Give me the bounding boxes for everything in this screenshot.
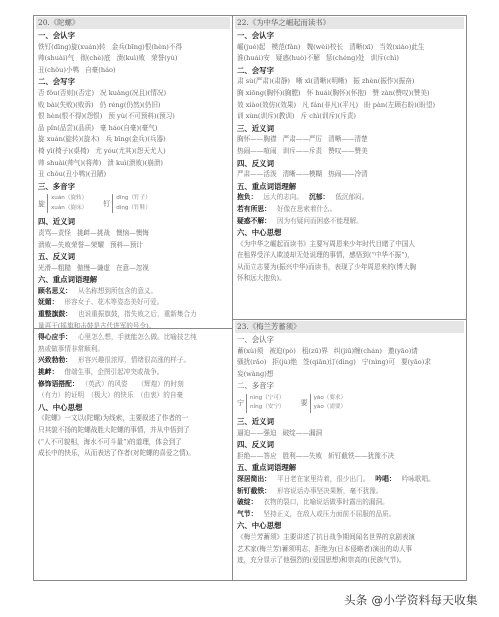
worksheet-page: 20.《陀螺》 一、会认字 铁钉(dīng)旋(xuán)转金兵(bīng)恨(… [33,15,467,581]
section-heading: 四、反义词 [237,158,462,170]
term-line: 深居简出：平日老在家里待着，很少出门。吟唱：吟咏歌唱。 [237,474,462,486]
text-line: 严肃——活泼清晰——模糊热闹——冷清 [237,169,462,181]
section-heading: 四、近义词 [38,216,228,228]
polyphone-group: 宁 nìng（宁可）níng（安宁） [237,394,285,413]
term-line: 修饰语搭配：（英武）的风姿 （辉煌）的时刻 [38,379,228,391]
section-heading: 五、重点词语理解 [237,181,462,193]
term-line: 妩媚：形容女子、花木等姿态美好可爱。 [38,297,228,309]
lesson-20-panel: 20.《陀螺》 一、会认字 铁钉(dīng)旋(xuán)转金兵(bīng)恨(… [34,16,232,329]
summary-line: 艺术家(梅兰芳)蓄须明志，拒绝为(日本侵略者)演出的动人事 [237,544,462,556]
term-line: 兴致勃勃：形容兴趣很浓厚，情绪很高涨的样子。 [38,355,228,367]
term-line: 气节：坚持正义，在敌人或压力面前不屈服的品质。 [237,509,462,521]
text-line: 胸 xiōng(胸怀)(胸膛)怀 huái(胸怀)(怀抱)赞 zàn(赞叹)(赞… [237,88,462,100]
section-heading: 一、会认字 [237,30,462,42]
section-heading: 二、会写字 [38,76,228,88]
text-line: 蓄(xù)须被迫(pò)租(zū)界纠(jiū)缠(chán)邀(yāo)请 [237,346,462,358]
summary-line: 成长中的快乐，从而表达了作者(对陀螺的喜爱之情)。 [38,448,228,460]
text-line: 帅 shuài(帅气)(将帅)溃 kuì(溃败)(崩溃) [38,158,228,170]
text-line: 品 pǐn(品尝)(品质)豪 háo(自豪)(豪气) [38,123,228,135]
section-heading: 二、多音字 [237,380,462,392]
text-line: 光滑—粗糙傲慢—谦虚在意—忽视 [38,263,228,275]
text-line: 骚扰(rǎo)拒(jù)绝签(qiān)订(dìng)宁(nìng)可要(yāo… [237,357,462,369]
text-line: 胸怀——胸襟严肃——严厉清晰——清楚 [237,134,462,146]
section-heading: 六、中心思想 [237,520,462,532]
section-heading: 一、会认字 [38,30,228,42]
summary-line: 怀和远大抱负)。 [237,273,462,285]
lesson-title: 22.《为中华之崛起而读书》 [235,17,464,29]
summary-line: 只其貌不扬的陀螺战胜大陀螺的事情，并从中悟到了 [38,425,228,437]
text-line: 训 xùn(训斥)(教训)斥 chì(训斥)(斥责) [237,111,462,123]
text-line: 溃败—失败荣誉—荣耀预料—预计 [38,240,228,252]
text-line: 妄(wàng)想 [237,369,462,381]
brace-readings: yāo（要求）yào（需要） [310,394,347,413]
text-line: 责骂—责怪挑衅—挑战懊恼—懊悔 [38,228,228,240]
term-line: 破绽：衣物的裂口，比喻说话做事时露出的漏洞。 [237,497,462,509]
text-line: 败 bài(失败)(败诉)仍 réng(仍然)(仍旧) [38,100,228,112]
section-heading: 五、重点词语理解 [237,462,462,474]
text-line: 崛(jué)起模范(fàn)魏(wèi)校长清晰(xī)当效(xiào)此生 [237,42,462,54]
text-line: 逼迫——强迫破绽——漏洞 [237,428,462,440]
polyphone-block: 宁 nìng（宁可）níng（安宁） 要 yāo（要求）yào（需要） [237,394,462,413]
watermark-text: 头条 @小学资料每天收集 [344,592,478,608]
summary-line: (“人不可貌相，海水不可斗量”)的道理，体会到了 [38,437,228,449]
section-heading: 一、会认字 [237,334,462,346]
brace-readings: xuán（旋转）xuàn（旋床） [47,194,87,213]
polyphone-char: 宁 [237,398,244,408]
lesson-title: 20.《陀螺》 [36,17,230,29]
term-line: 顾名思义：从名称想到所包含的意义。 [38,286,228,298]
term-line: 斩钉截铁：形容说话办事坚决果断，毫不犹豫。 [237,486,462,498]
text-line: 否 fǒu(否则)(否定)况 kuàng(况且)(情况) [38,88,228,100]
text-line: 量再干(摇旗和击鼓是古代进军的号令)。 [38,321,228,333]
polyphone-char: 要 [301,398,308,408]
lesson-23-panel: 23.《梅兰芳蓄须》 一、会认字 蓄(xù)须被迫(pò)租(zū)界纠(jiū… [233,320,466,569]
section-heading: 五、反义词 [38,251,228,263]
brace-readings: nìng（宁可）níng（安宁） [246,394,285,413]
term-line: 得心应手：心里怎么想，手就能怎么做。比喻技艺纯 [38,332,228,344]
polyphone-block: 旋 xuán（旋转）xuàn（旋床） 钉 dīng（钉子）dìng（钉鞋） [38,194,228,213]
text-line: 拒绝——答应胜利——失败斩钉截铁——犹豫不决 [237,451,462,463]
polyphone-char: 旋 [38,199,45,209]
term-line: 抱负：远大的志向。沉郁：低沉郁闷。 [237,192,462,204]
lesson-title: 23.《梅兰芳蓄须》 [235,321,464,333]
section-heading: 六、中心思想 [237,227,462,239]
summary-line: 在租界受洋人欺凌却无处说理的事情，感悟到(“中华不振”)， [237,250,462,262]
section-heading: 八、中心思想 [38,402,228,414]
text-line: 热闹——喧闹训斥——斥责赞叹——赞美 [237,146,462,158]
section-heading: 三、近义词 [237,123,462,135]
summary-line: 从而立志要为(振兴中华)而读书，表现了少年周恩来的(博大胸 [237,262,462,274]
left-column: 20.《陀螺》 一、会认字 铁钉(dīng)旋(xuán)转金兵(bīng)恨(… [34,16,233,580]
section-heading: 六、重点词语理解 [38,274,228,286]
summary-line: 《陀螺》一文以(陀螺)为线索，主要叙述了作者的一 [38,413,228,425]
text-line: 丑(chǒu)小鸭自豪(háo) [38,65,228,77]
section-heading: 四、反义词 [237,439,462,451]
text-line: 效 xiào(效仿)(效果)凡 fán(非凡)(平凡)盼 pàn(左顾右盼)(盼… [237,100,462,112]
polyphone-char: 钉 [103,199,110,209]
text-line: 肃 sù(严肃)(肃静)晰 xī(清晰)(明晰)振 zhèn(振作)(振奋) [237,76,462,88]
text-line: 淮(huái)安疑惑(huò)不解惩(chéng)处训斥(chì) [237,53,462,65]
text-line: 恨 hèn(恨不得)(怨恨)预 yù(不可预料)(预习) [38,111,228,123]
term-line: 重整旗鼓：也说重振旗鼓，指失败之后，重新集合力 [38,309,228,321]
section-heading: 三、近义词 [237,416,462,428]
polyphone-group: 旋 xuán（旋转）xuàn（旋床） [38,194,87,213]
text-line: 旋 xuán(旋转)(旋木)兵 bīng(金兵)(兵器) [38,134,228,146]
text-line: 帅(shuài)气彻(chè)底溃(kuì)败荣誉(yù) [38,53,228,65]
text-line: 铁钉(dīng)旋(xuán)转金兵(bīng)恨(hèn)不得 [38,42,228,54]
text-line: （有力）的证明 （极大）的快乐 （由衷）的自豪 [38,390,228,402]
term-line: 挑衅：借端生事，企图引起冲突或战争。 [38,367,228,379]
text-line: 椅 yǐ(椅子)(桌椅)尤 yóu(尤其)(怨天尤人) [38,146,228,158]
term-line: 若有所思：好像在思索着什么。 [237,204,462,216]
lesson-22-panel: 22.《为中华之崛起而读书》 一、会认字 崛(jué)起模范(fàn)魏(wèi… [233,16,466,320]
polyphone-group: 要 yāo（要求）yào（需要） [301,394,347,413]
term-line: 疑惑不解：因为有疑问而困惑不能理解。 [237,216,462,228]
polyphone-group: 钉 dīng（钉子）dìng（钉鞋） [103,194,151,213]
summary-line: 《梅兰芳蓄须》主要讲述了抗日战争期间闻名世界的京剧表演 [237,532,462,544]
summary-line: 迹，充分显示了他强烈的(爱国思想)和崇高的(民族气节)。 [237,555,462,567]
summary-line: 《为中华之崛起而读书》主要写周恩来少年时代目睹了中国人 [237,239,462,251]
brace-readings: dīng（钉子）dìng（钉鞋） [112,194,151,213]
text-line: 丑 chǒu(丑小鸭)(丑陋) [38,169,228,181]
section-heading: 二、会写字 [237,65,462,77]
section-heading: 三、多音字 [38,181,228,193]
text-line: 熟或做事情非常顺利。 [38,344,228,356]
right-column: 22.《为中华之崛起而读书》 一、会认字 崛(jué)起模范(fàn)魏(wèi… [233,16,466,580]
